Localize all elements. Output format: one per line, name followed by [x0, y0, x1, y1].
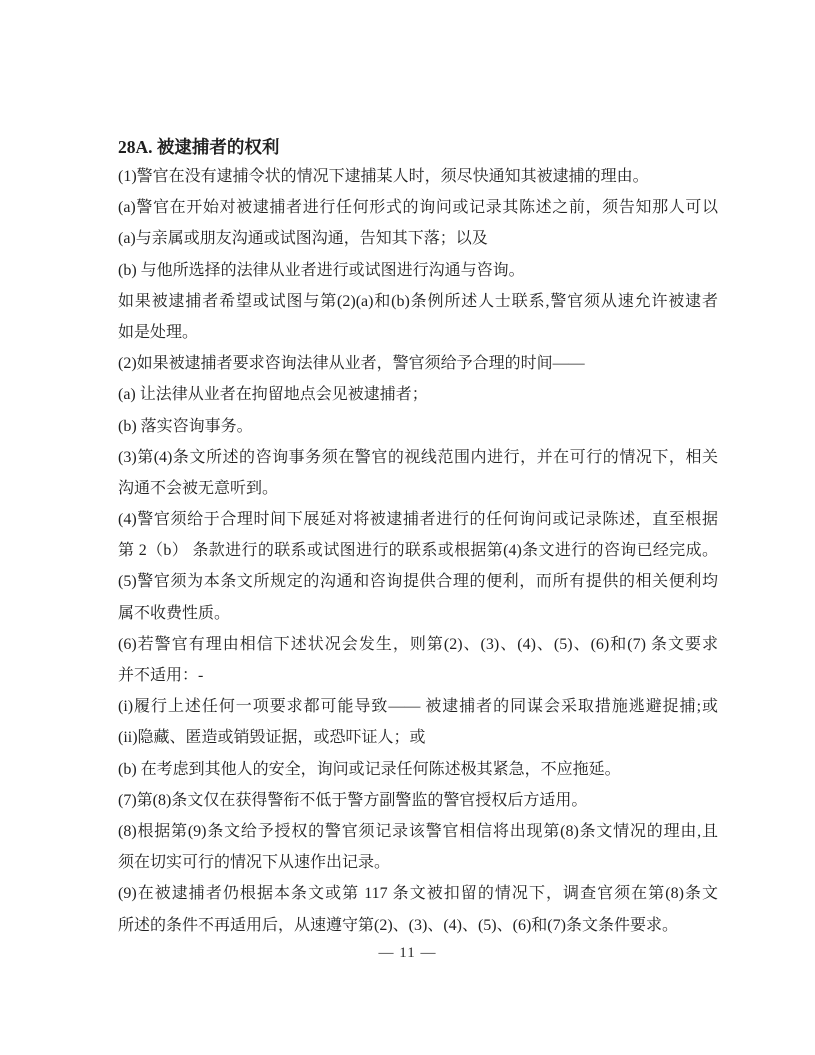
text-line: (a)与亲属或朋友沟通或试图沟通，告知其下落；以及 [118, 223, 718, 254]
text-line: (5)警官须为本条文所规定的沟通和咨询提供合理的便利，而所有提供的相关便利均 [118, 566, 718, 597]
text-line: (b) 在考虑到其他人的安全，询问或记录任何陈述极其紧急，不应拖延。 [118, 754, 718, 785]
text-line: (a)警官在开始对被逮捕者进行任何形式的询问或记录其陈述之前，须告知那人可以 [118, 192, 718, 223]
text-line: (2)如果被逮捕者要求咨询法律从业者，警官须给予合理的时间—— [118, 348, 718, 379]
text-line: 须在切实可行的情况下从速作出记录。 [118, 847, 718, 878]
text-line: 如是处理。 [118, 317, 718, 348]
text-line: 如果被逮捕者希望或试图与第(2)(a)和(b)条例所述人士联系,警官须从速允许被… [118, 286, 718, 317]
text-line: (i)履行上述任何一项要求都可能导致—— 被逮捕者的同谋会采取措施逃避捉捕;或 [118, 691, 718, 722]
text-line: (7)第(8)条文仅在获得警衔不低于警方副警监的警官授权后方适用。 [118, 785, 718, 816]
text-line: (4)警官须给于合理时间下展延对将被逮捕者进行的任何询问或记录陈述，直至根据 [118, 504, 718, 535]
text-line: (ii)隐藏、匿造或销毁证据，或恐吓证人；或 [118, 722, 718, 753]
text-line: (b) 与他所选择的法律从业者进行或试图进行沟通与咨询。 [118, 255, 718, 286]
text-line: 并不适用：- [118, 660, 718, 691]
page-number: — 11 — [0, 945, 815, 962]
text-line: (a) 让法律从业者在拘留地点会见被逮捕者； [118, 379, 718, 410]
text-line: 属不收费性质。 [118, 598, 718, 629]
text-line: 沟通不会被无意听到。 [118, 473, 718, 504]
text-line: 第 2（b） 条款进行的联系或试图进行的联系或根据第(4)条文进行的咨询已经完成… [118, 535, 718, 566]
document-page: 28A. 被逮捕者的权利 (1)警官在没有逮捕令状的情况下逮捕某人时，须尽快通知… [0, 0, 815, 1055]
text-line: (b) 落实咨询事务。 [118, 411, 718, 442]
text-line: (9)在被逮捕者仍根据本条文或第 117 条文被扣留的情况下，调查官须在第(8)… [118, 878, 718, 909]
section-heading: 28A. 被逮捕者的权利 [118, 134, 718, 161]
document-body: (1)警官在没有逮捕令状的情况下逮捕某人时，须尽快通知其被逮捕的理由。(a)警官… [118, 161, 718, 941]
text-line: (6)若警官有理由相信下述状况会发生，则第(2)、(3)、(4)、(5)、(6)… [118, 629, 718, 660]
text-line: 所述的条件不再适用后，从速遵守第(2)、(3)、(4)、(5)、(6)和(7)条… [118, 910, 718, 941]
text-line: (3)第(4)条文所述的咨询事务须在警官的视线范围内进行，并在可行的情况下，相关 [118, 442, 718, 473]
text-line: (8)根据第(9)条文给予授权的警官须记录该警官相信将出现第(8)条文情况的理由… [118, 816, 718, 847]
text-line: (1)警官在没有逮捕令状的情况下逮捕某人时，须尽快通知其被逮捕的理由。 [118, 161, 718, 192]
document-content: 28A. 被逮捕者的权利 (1)警官在没有逮捕令状的情况下逮捕某人时，须尽快通知… [118, 134, 718, 941]
